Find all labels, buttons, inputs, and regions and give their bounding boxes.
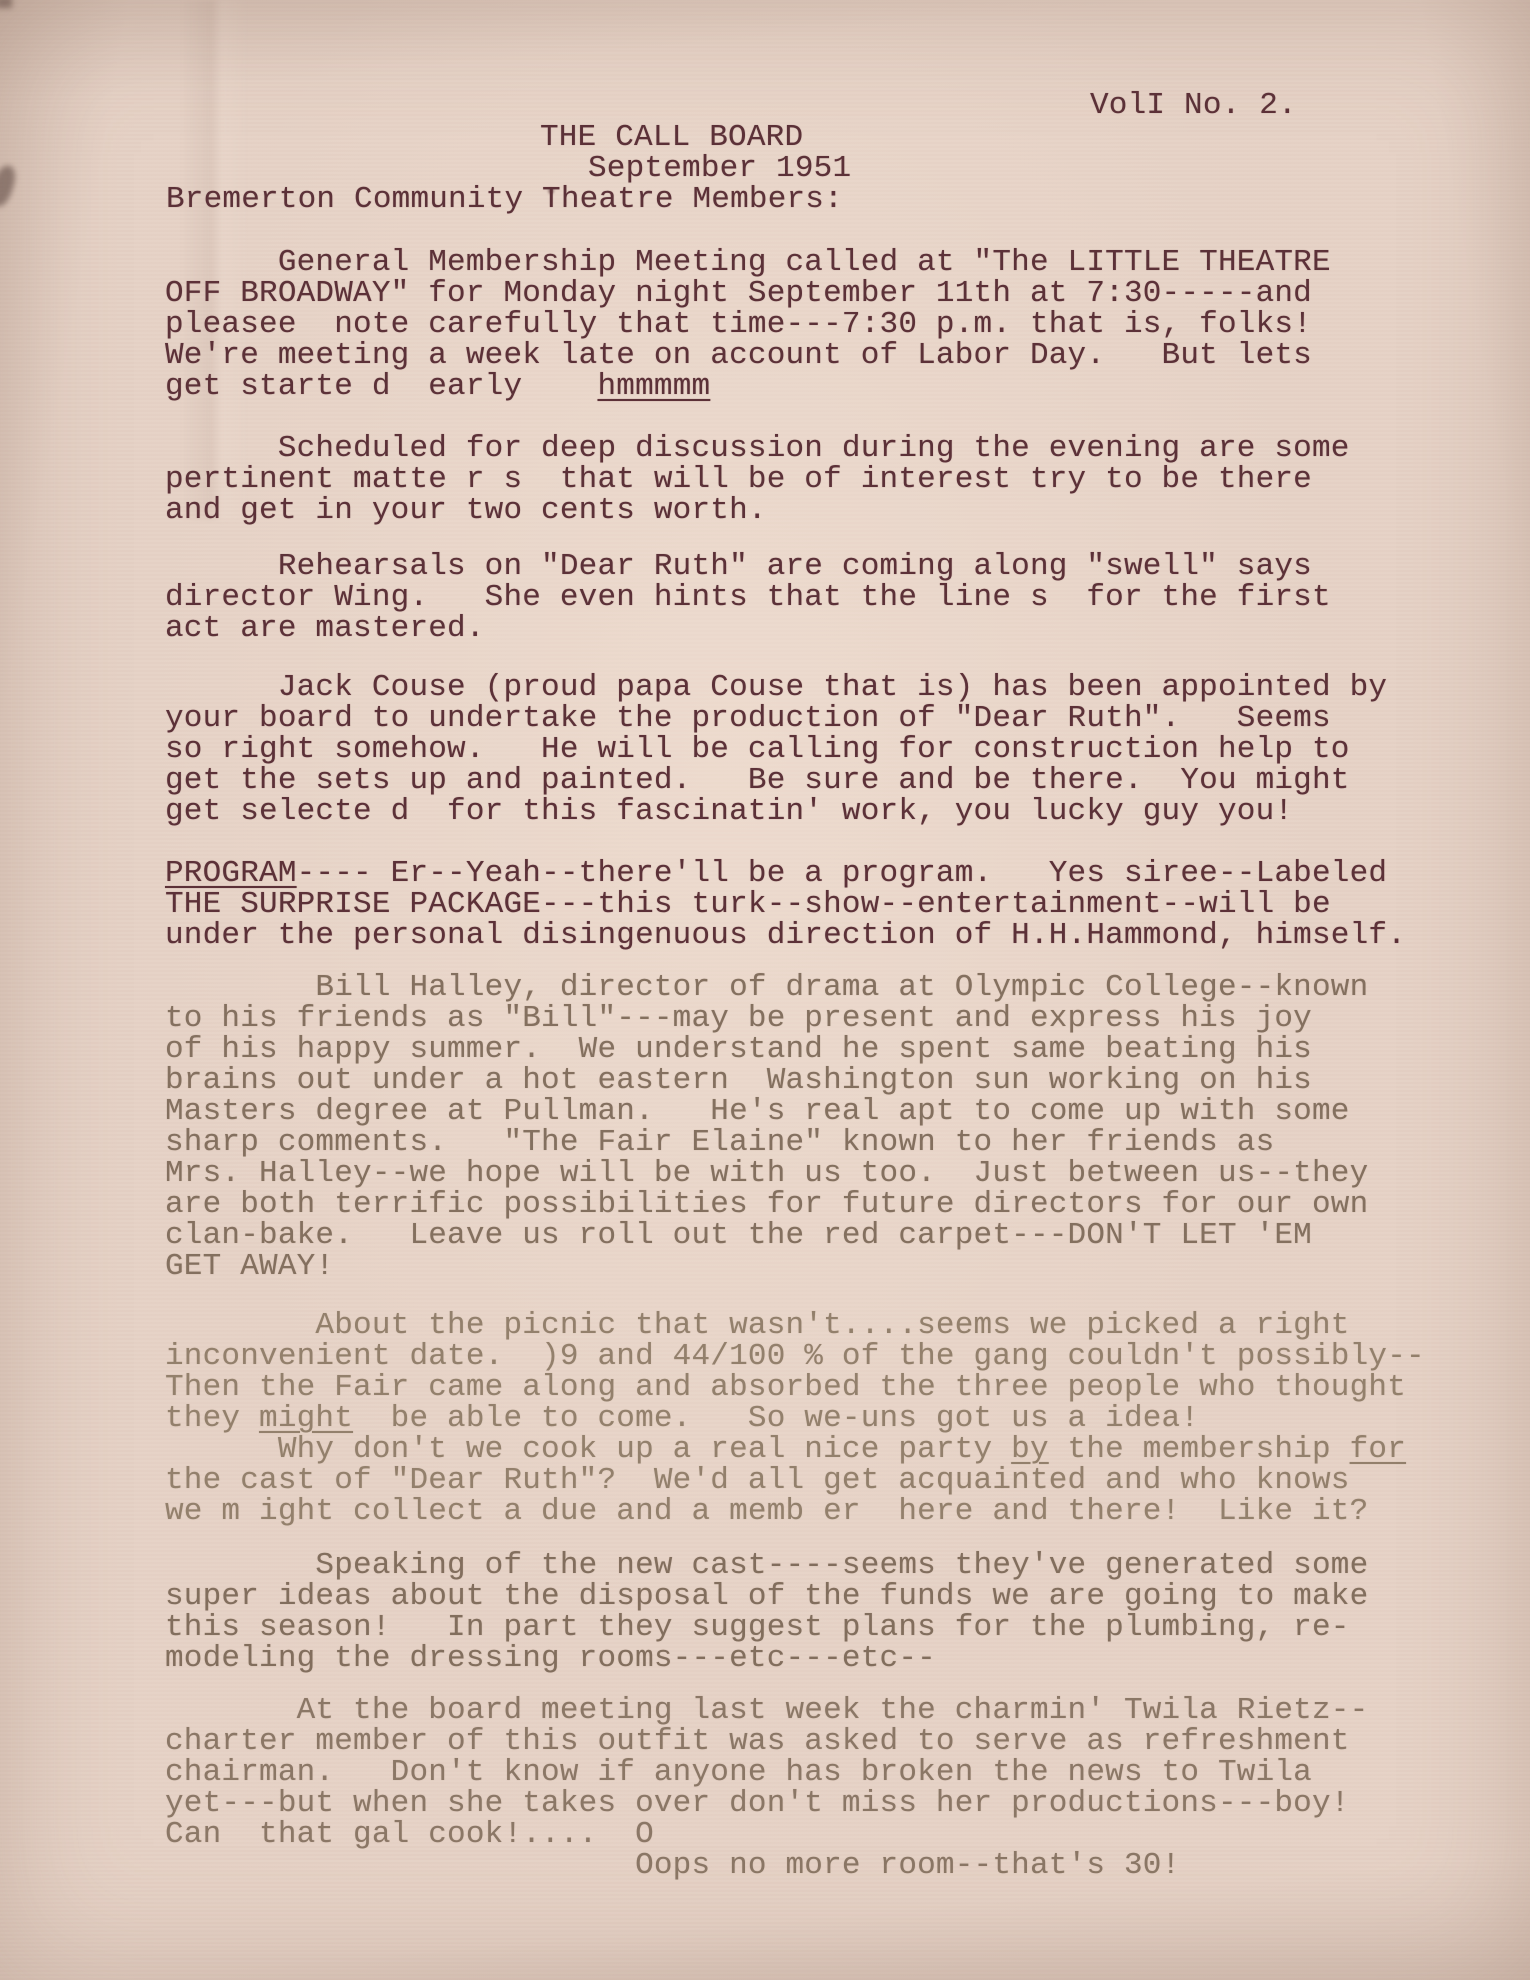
paragraph-jack-couse: Jack Couse (proud papa Couse that is) ha… xyxy=(165,672,1387,827)
paragraph-deep-discussion: Scheduled for deep discussion during the… xyxy=(165,433,1350,526)
newsletter-scan-page: VolI No. 2. THE CALL BOARD September 195… xyxy=(0,0,1530,1980)
volume-number: VolI No. 2. xyxy=(1090,90,1297,121)
salutation: Bremerton Community Theatre Members: xyxy=(166,184,843,215)
paragraph-board-meeting: At the board meeting last week the charm… xyxy=(165,1695,1368,1881)
newsletter-title: THE CALL BOARD xyxy=(540,122,803,153)
paragraph-program: PROGRAM---- Er--Yeah--there'll be a prog… xyxy=(165,858,1406,951)
paragraph-membership-meeting: General Membership Meeting called at "Th… xyxy=(165,247,1331,402)
paper-edge-mark xyxy=(0,0,12,8)
paragraph-picnic: About the picnic that wasn't....seems we… xyxy=(165,1310,1425,1527)
paragraph-bill-halley: Bill Halley, director of drama at Olympi… xyxy=(165,972,1368,1282)
paragraph-new-cast: Speaking of the new cast----seems they'v… xyxy=(165,1550,1368,1674)
scan-smudge xyxy=(0,163,19,209)
issue-date: September 1951 xyxy=(588,153,851,184)
paragraph-rehearsals: Rehearsals on "Dear Ruth" are coming alo… xyxy=(165,551,1331,644)
